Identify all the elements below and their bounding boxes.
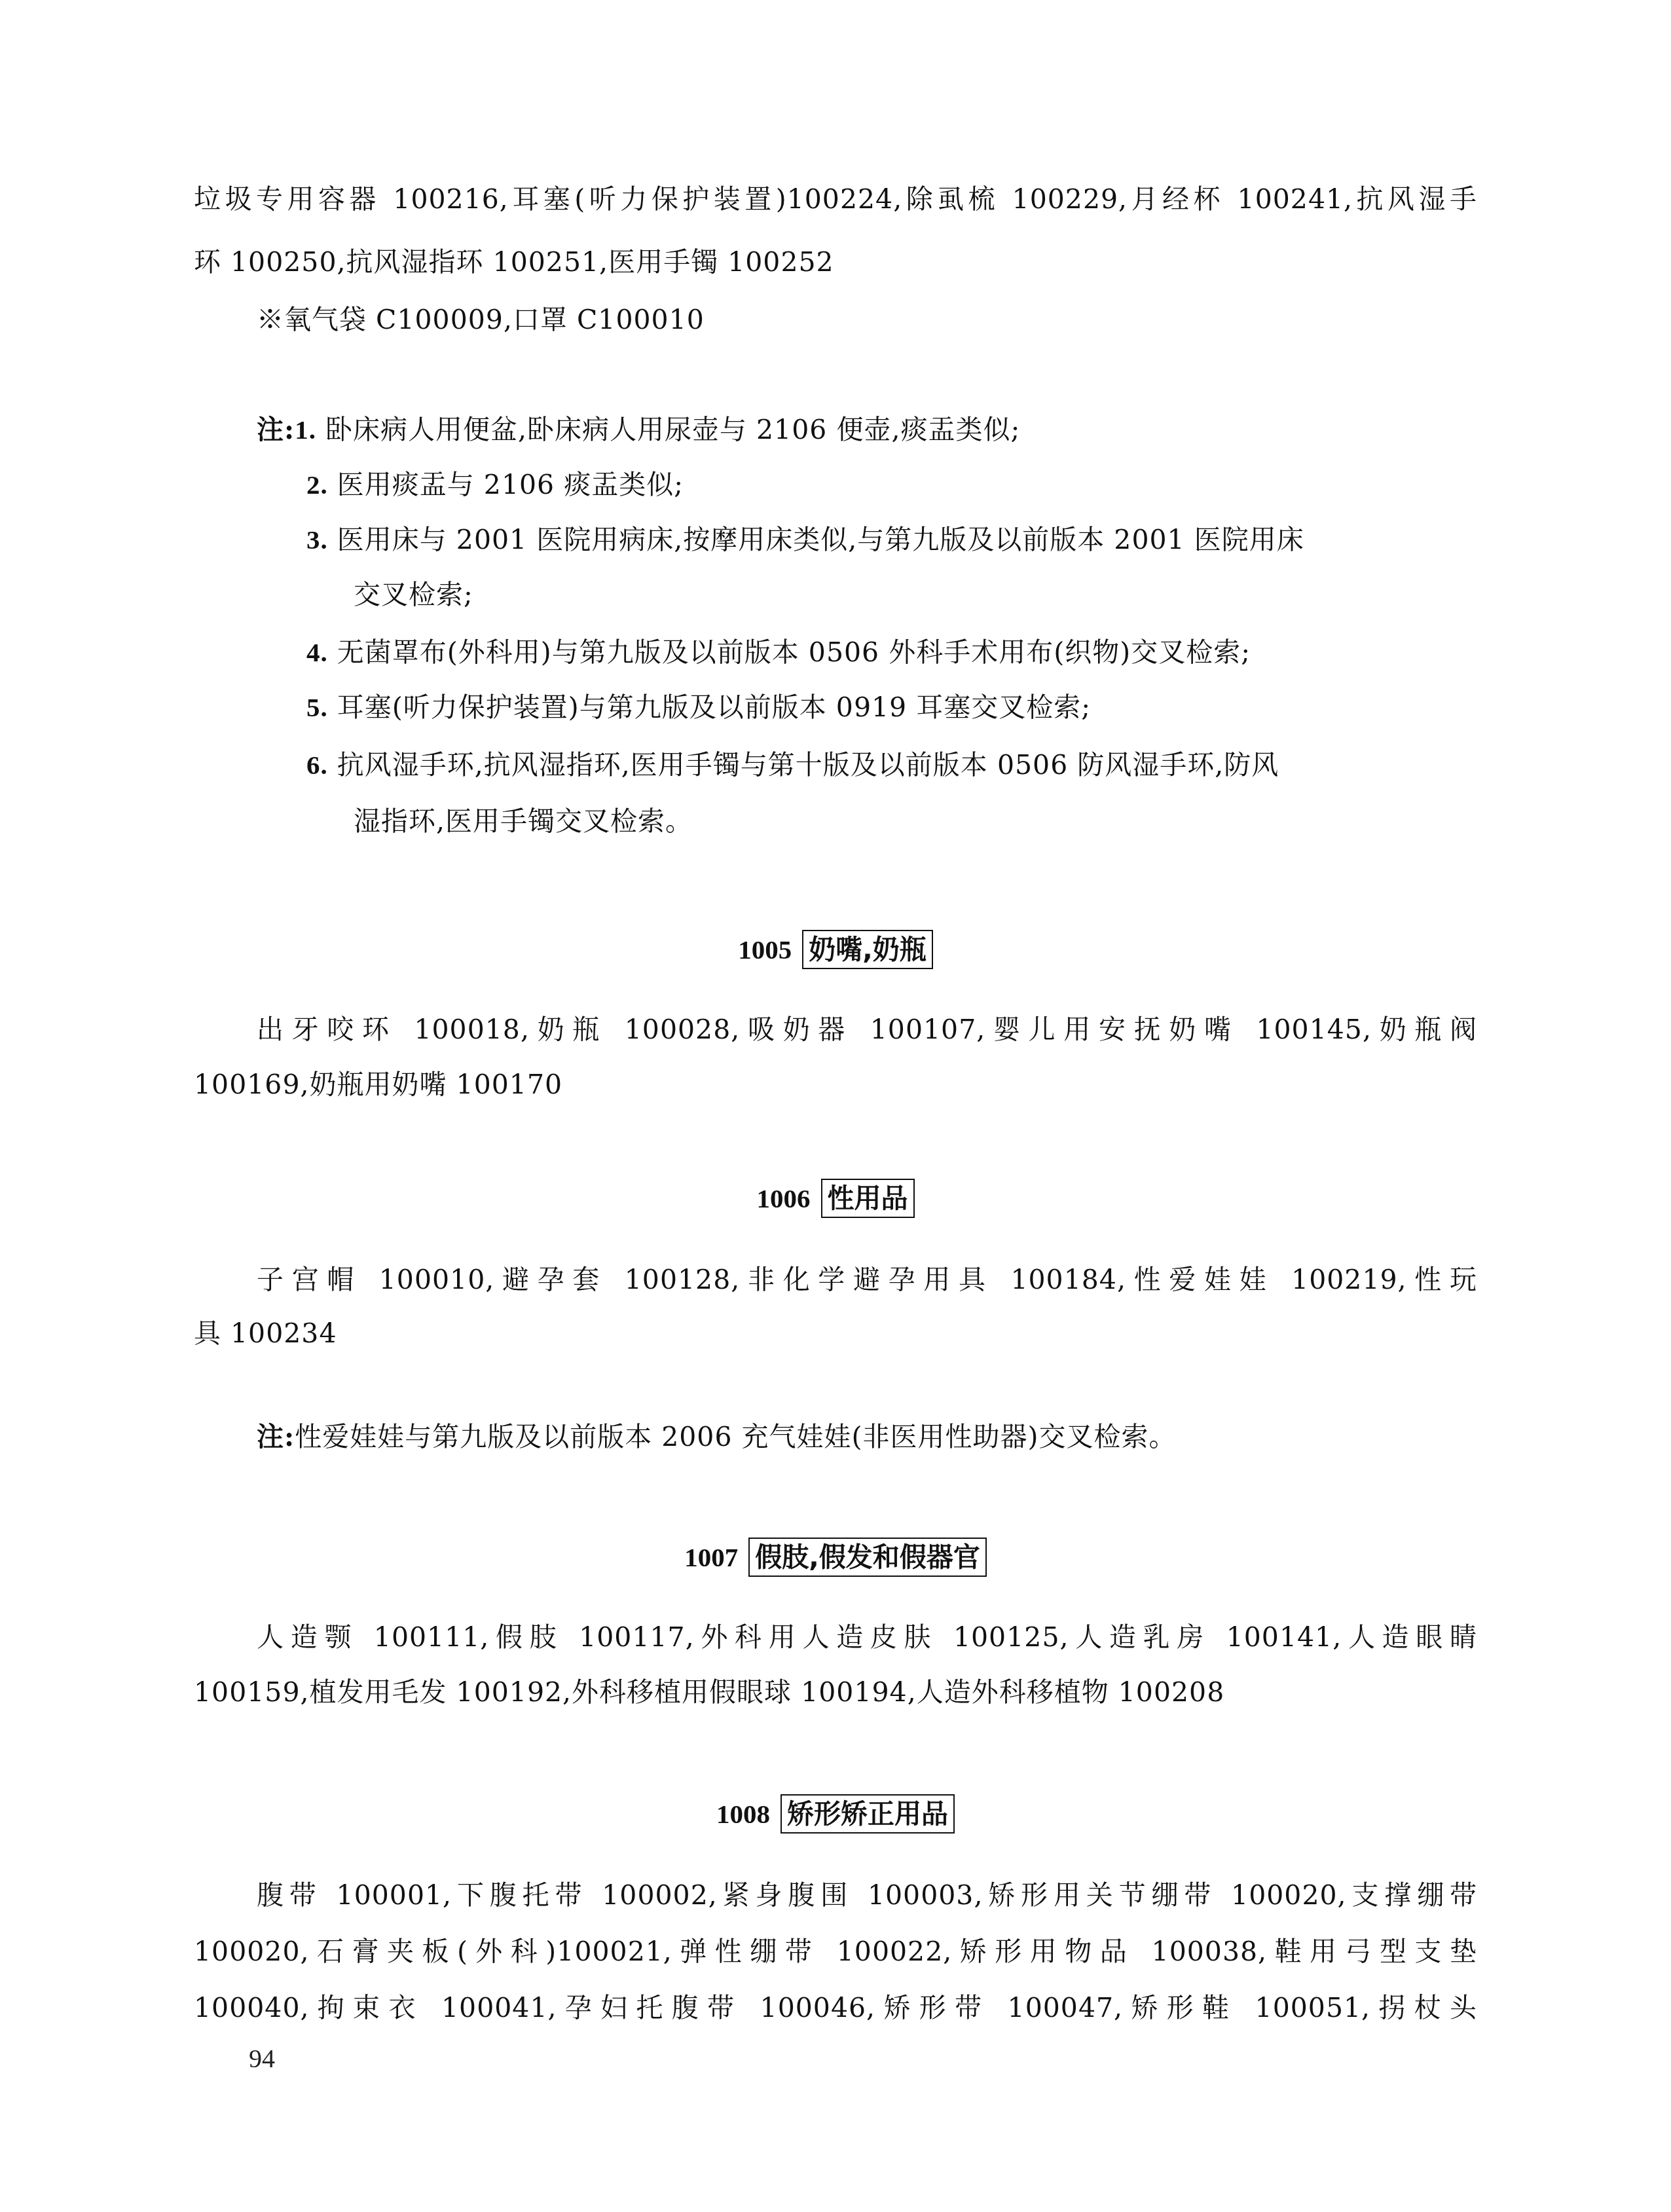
section-heading-1006: 1006性用品 <box>194 1179 1477 1218</box>
section-heading-1008: 1008矫形矫正用品 <box>194 1794 1477 1834</box>
section-title-box: 奶嘴,奶瓶 <box>802 930 933 969</box>
section-code: 1005 <box>738 934 792 965</box>
section-code: 1008 <box>716 1799 770 1829</box>
section-1005-line-1: 出牙咬环 100018,奶瓶 100028,吸奶器 100107,婴儿用安抚奶嘴… <box>257 1011 1477 1048</box>
note-item-6: 6. 抗风湿手环,抗风湿指环,医用手镯与第十版及以前版本 0506 防风湿手环,… <box>306 747 1279 783</box>
note-number: 3. <box>306 525 328 555</box>
reference-line: ※氧气袋 C100009,口罩 C100010 <box>257 301 705 338</box>
section-code: 1007 <box>684 1542 738 1572</box>
section-heading-1007: 1007假肢,假发和假器官 <box>194 1538 1477 1577</box>
note-text: 医用床与 2001 医院用病床,按摩用床类似,与第九版及以前版本 2001 医院… <box>337 524 1304 555</box>
section-1005-line-2: 100169,奶瓶用奶嘴 100170 <box>194 1066 562 1103</box>
section-title-box: 假肢,假发和假器官 <box>748 1538 987 1577</box>
note-number: 4. <box>306 637 328 667</box>
note-item-3-continued: 交叉检索; <box>354 576 473 613</box>
note-item-4: 4. 无菌罩布(外科用)与第九版及以前版本 0506 外科手术用布(织物)交叉检… <box>306 634 1251 671</box>
note-item-5: 5. 耳塞(听力保护装置)与第九版及以前版本 0919 耳塞交叉检索; <box>306 689 1091 726</box>
section-1006-line-1: 子宫帽 100010,避孕套 100128,非化学避孕用具 100184,性爱娃… <box>257 1261 1477 1298</box>
note-text: 医用痰盂与 2106 痰盂类似; <box>337 469 684 500</box>
note-text: 抗风湿手环,抗风湿指环,医用手镯与第十版及以前版本 0506 防风湿手环,防风 <box>337 749 1279 781</box>
note-item-6-continued: 湿指环,医用手镯交叉检索。 <box>354 803 693 839</box>
note-label: 注: <box>257 1421 295 1452</box>
section-1008-line-1: 腹带 100001,下腹托带 100002,紧身腹围 100003,矫形用关节绷… <box>257 1877 1477 1913</box>
continuation-line-2: 环 100250,抗风湿指环 100251,医用手镯 100252 <box>194 244 834 280</box>
section-title-box: 矫形矫正用品 <box>780 1794 955 1834</box>
section-1007-line-2: 100159,植发用毛发 100192,外科移植用假眼球 100194,人造外科… <box>194 1674 1224 1710</box>
note-item-3: 3. 医用床与 2001 医院用病床,按摩用床类似,与第九版及以前版本 2001… <box>306 521 1304 558</box>
section-1007-line-1: 人造颚 100111,假肢 100117,外科用人造皮肤 100125,人造乳房… <box>257 1619 1477 1655</box>
note-label: 注: <box>257 414 295 445</box>
note-text: 卧床病人用便盆,卧床病人用尿壶与 2106 便壶,痰盂类似; <box>325 414 1020 445</box>
page-number: 94 <box>249 2043 275 2074</box>
section-1008-line-3: 100040,拘束衣 100041,孕妇托腹带 100046,矫形带 10004… <box>194 1989 1477 2026</box>
note-text: 无菌罩布(外科用)与第九版及以前版本 0506 外科手术用布(织物)交叉检索; <box>337 636 1251 668</box>
note-number: 5. <box>306 692 328 722</box>
note-number: 1. <box>295 415 316 445</box>
continuation-line-1: 垃圾专用容器 100216,耳塞(听力保护装置)100224,除虱梳 10022… <box>194 181 1477 217</box>
section-1006-note: 注:性爱娃娃与第九版及以前版本 2006 充气娃娃(非医用性助器)交叉检索。 <box>257 1418 1177 1455</box>
note-item-2: 2. 医用痰盂与 2106 痰盂类似; <box>306 466 684 503</box>
note-number: 2. <box>306 470 328 500</box>
section-title-box: 性用品 <box>821 1179 915 1218</box>
section-1008-line-2: 100020,石膏夹板(外科)100021,弹性绷带 100022,矫形用物品 … <box>194 1933 1477 1970</box>
note-text: 耳塞(听力保护装置)与第九版及以前版本 0919 耳塞交叉检索; <box>337 691 1091 723</box>
section-code: 1006 <box>757 1183 811 1213</box>
section-1006-line-2: 具 100234 <box>194 1315 337 1352</box>
note-item-1: 注:1. 卧床病人用便盆,卧床病人用尿壶与 2106 便壶,痰盂类似; <box>257 411 1020 448</box>
note-text: 性爱娃娃与第九版及以前版本 2006 充气娃娃(非医用性助器)交叉检索。 <box>295 1421 1176 1452</box>
note-number: 6. <box>306 750 328 780</box>
section-heading-1005: 1005奶嘴,奶瓶 <box>194 930 1477 969</box>
